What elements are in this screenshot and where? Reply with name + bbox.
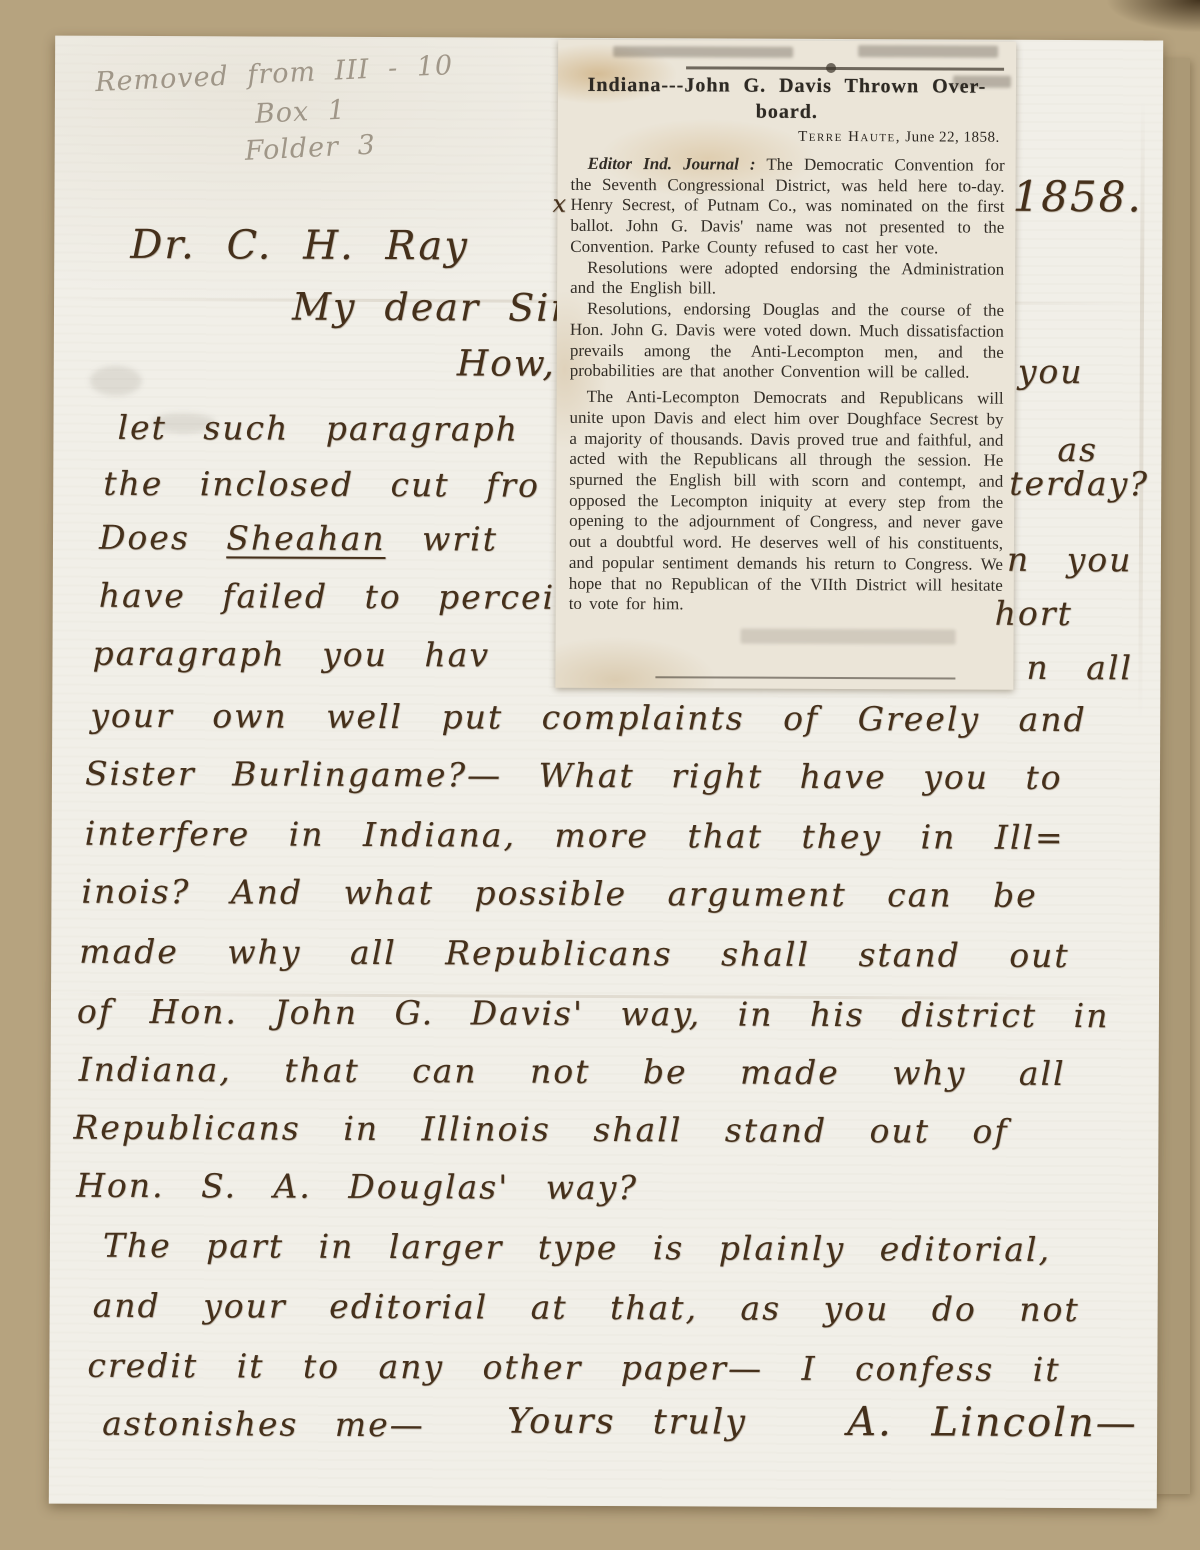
letter-line-fragment: terday?	[1009, 464, 1149, 504]
clipping-paragraph-4: The Anti-Lecompton Democrats and Republi…	[569, 387, 1004, 617]
letter-line-sheahan: Does Sheahan writ	[99, 518, 498, 559]
letter-line: Republicans in Illinois shall stand out …	[73, 1108, 1008, 1151]
clipping-top-rule	[686, 66, 1004, 70]
clipping-headline-line-1: Indiana---John G. Davis Thrown Over-	[558, 74, 1016, 99]
letter-recipient: Dr. C. H. Ray	[130, 222, 469, 269]
letter-line: credit it to any other paper— I confess …	[87, 1346, 1060, 1389]
clipping-paragraph-2: Resolutions were adopted endorsing the A…	[570, 258, 1004, 301]
clipping-dateline: Terre Haute, June 22, 1858.	[798, 129, 1000, 147]
letter-line-fragment: n you	[1007, 540, 1133, 580]
letter-line: have failed to perceiv	[99, 576, 576, 617]
letter-sheet: Removed from III - 10 Box 1 Folder 3 185…	[49, 36, 1163, 1509]
clipping-body: Editor Ind. Journal : The Democratic Con…	[569, 154, 1005, 617]
letter-line-fragment: hort	[995, 594, 1073, 633]
letter-line-fragment: n all	[1026, 648, 1133, 687]
letter-line: and your editorial at that, as you do no…	[93, 1286, 1080, 1329]
archival-note-line-1: Removed from III - 10	[95, 50, 454, 98]
archival-note-line-2: Box 1	[254, 94, 346, 129]
clipping-bottom-rule	[655, 676, 955, 679]
ghost-text-bar	[741, 629, 956, 645]
archival-note-line-3: Folder 3	[244, 130, 376, 167]
clipping-rule-ornament	[826, 63, 836, 73]
letter-word: Does	[99, 518, 190, 557]
letter-opening-word: How,	[457, 343, 556, 384]
newspaper-clipping: Indiana---John G. Davis Thrown Over- boa…	[555, 40, 1016, 690]
clipping-dateline-date: June 22, 1858.	[905, 129, 1000, 145]
clipping-lead-in: Editor Ind. Journal :	[588, 154, 756, 174]
ghost-text-bar	[613, 46, 793, 58]
letter-line: your own well put complaints of Greely a…	[90, 696, 1087, 739]
letter-signature: A. Lincoln—	[847, 1399, 1138, 1446]
letter-date-fragment: 1858.	[1012, 172, 1142, 222]
ink-smudge	[90, 366, 142, 396]
letter-line: of Hon. John G. Davis' way, in his distr…	[77, 992, 1110, 1036]
letter-salutation: My dear Sir	[292, 285, 571, 330]
clipping-paragraph-1: Editor Ind. Journal : The Democratic Con…	[570, 154, 1004, 260]
letter-line: The part in larger type is plainly edito…	[103, 1226, 1051, 1269]
letter-line: Hon. S. A. Douglas' way?	[76, 1166, 638, 1207]
letter-line: paragraph you hav	[92, 634, 490, 675]
photograph-of-letter: { "archival_note": { "line1": "Removed f…	[0, 0, 1200, 1550]
letter-line: interfere in Indiana, more that they in …	[85, 814, 1065, 857]
clipping-dateline-place: Terre Haute,	[798, 129, 901, 145]
ghost-text-bar	[858, 45, 998, 58]
letter-valediction: Yours truly	[507, 1402, 747, 1443]
clipping-paragraph-3: Resolutions, endorsing Douglas and the c…	[570, 299, 1004, 384]
ink-x-mark: x	[552, 190, 568, 218]
photo-corner-shadow	[1070, 0, 1200, 42]
clipping-headline-line-2: board.	[558, 100, 1016, 125]
letter-line: the inclosed cut fro	[103, 464, 540, 505]
letter-line: made why all Republicans shall stand out	[79, 932, 1070, 975]
letter-line: let such paragraph	[117, 408, 519, 449]
letter-line: Sister Burlingame?— What right have you …	[85, 754, 1063, 797]
letter-word: writ	[422, 519, 498, 558]
letter-word-underlined: Sheahan	[226, 518, 385, 558]
letter-closing: astonishes me—	[102, 1404, 425, 1444]
letter-line: Indiana, that can not be made why all	[79, 1050, 1066, 1093]
letter-line-fragment: you	[1018, 352, 1084, 391]
letter-line: inois? And what possible argument can be	[81, 872, 1037, 915]
